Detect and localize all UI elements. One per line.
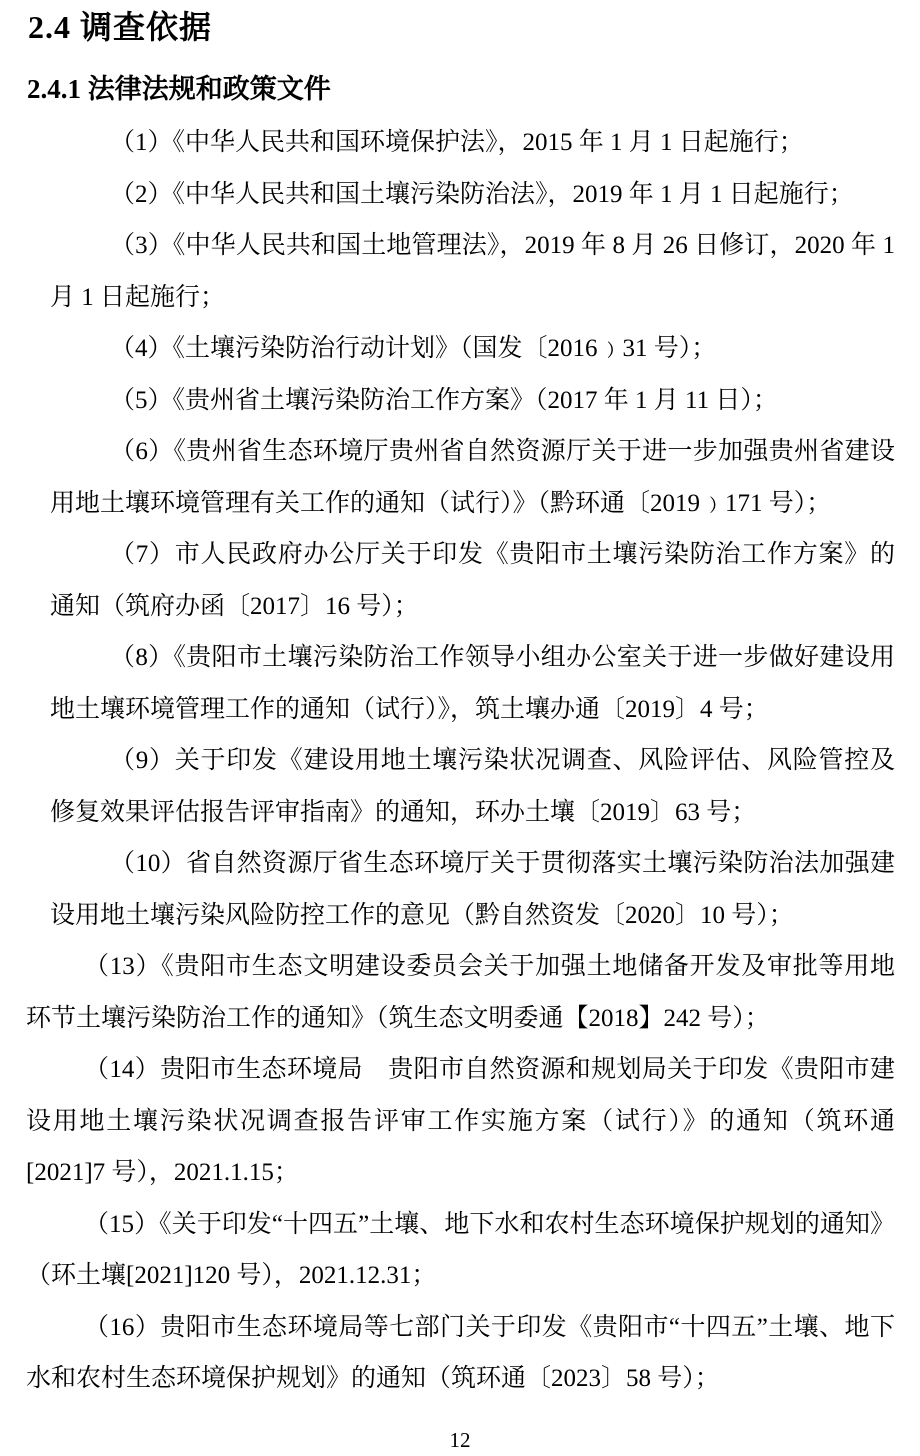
list-item: （2）《中华人民共和国土壤污染防治法》，2019 年 1 月 1 日起施行；	[50, 169, 895, 221]
subsection-title: 2.4.1 法律法规和政策文件	[0, 47, 920, 106]
list-item: （5）《贵州省土壤污染防治工作方案》（2017 年 1 月 11 日）；	[50, 375, 895, 427]
page-number: 12	[0, 1430, 920, 1451]
list-item: （15）《关于印发“十四五”土壤、地下水和农村生态环境保护规划的通知》（环土壤[…	[26, 1199, 895, 1302]
list-item: （4）《土壤污染防治行动计划》（国发〔2016﹚31 号）；	[50, 323, 895, 375]
legal-reference-list: （1）《中华人民共和国环境保护法》，2015 年 1 月 1 日起施行； （2）…	[0, 117, 920, 1405]
list-item: （3）《中华人民共和国土地管理法》，2019 年 8 月 26 日修订，2020…	[50, 220, 895, 323]
list-item: （7）市人民政府办公厅关于印发《贵阳市土壤污染防治工作方案》的通知（筑府办函〔2…	[50, 529, 895, 632]
list-item: （13）《贵阳市生态文明建设委员会关于加强土地储备开发及审批等用地环节土壤污染防…	[26, 941, 895, 1044]
list-item: （6）《贵州省生态环境厅贵州省自然资源厅关于进一步加强贵州省建设用地土壤环境管理…	[50, 426, 895, 529]
section-title: 2.4 调查依据	[0, 0, 920, 47]
list-item: （1）《中华人民共和国环境保护法》，2015 年 1 月 1 日起施行；	[50, 117, 895, 169]
list-item: （10）省自然资源厅省生态环境厅关于贯彻落实土壤污染防治法加强建设用地土壤污染风…	[50, 838, 895, 941]
list-item: （16）贵阳市生态环境局等七部门关于印发《贵阳市“十四五”土壤、地下水和农村生态…	[26, 1302, 895, 1405]
list-item: （14）贵阳市生态环境局 贵阳市自然资源和规划局关于印发《贵阳市建设用地土壤污染…	[26, 1044, 895, 1199]
list-item: （8）《贵阳市土壤污染防治工作领导小组办公室关于进一步做好建设用地土壤环境管理工…	[50, 632, 895, 735]
list-item: （9）关于印发《建设用地土壤污染状况调查、风险评估、风险管控及修复效果评估报告评…	[50, 735, 895, 838]
document-page: 2.4 调查依据 2.4.1 法律法规和政策文件 （1）《中华人民共和国环境保护…	[0, 0, 920, 1456]
